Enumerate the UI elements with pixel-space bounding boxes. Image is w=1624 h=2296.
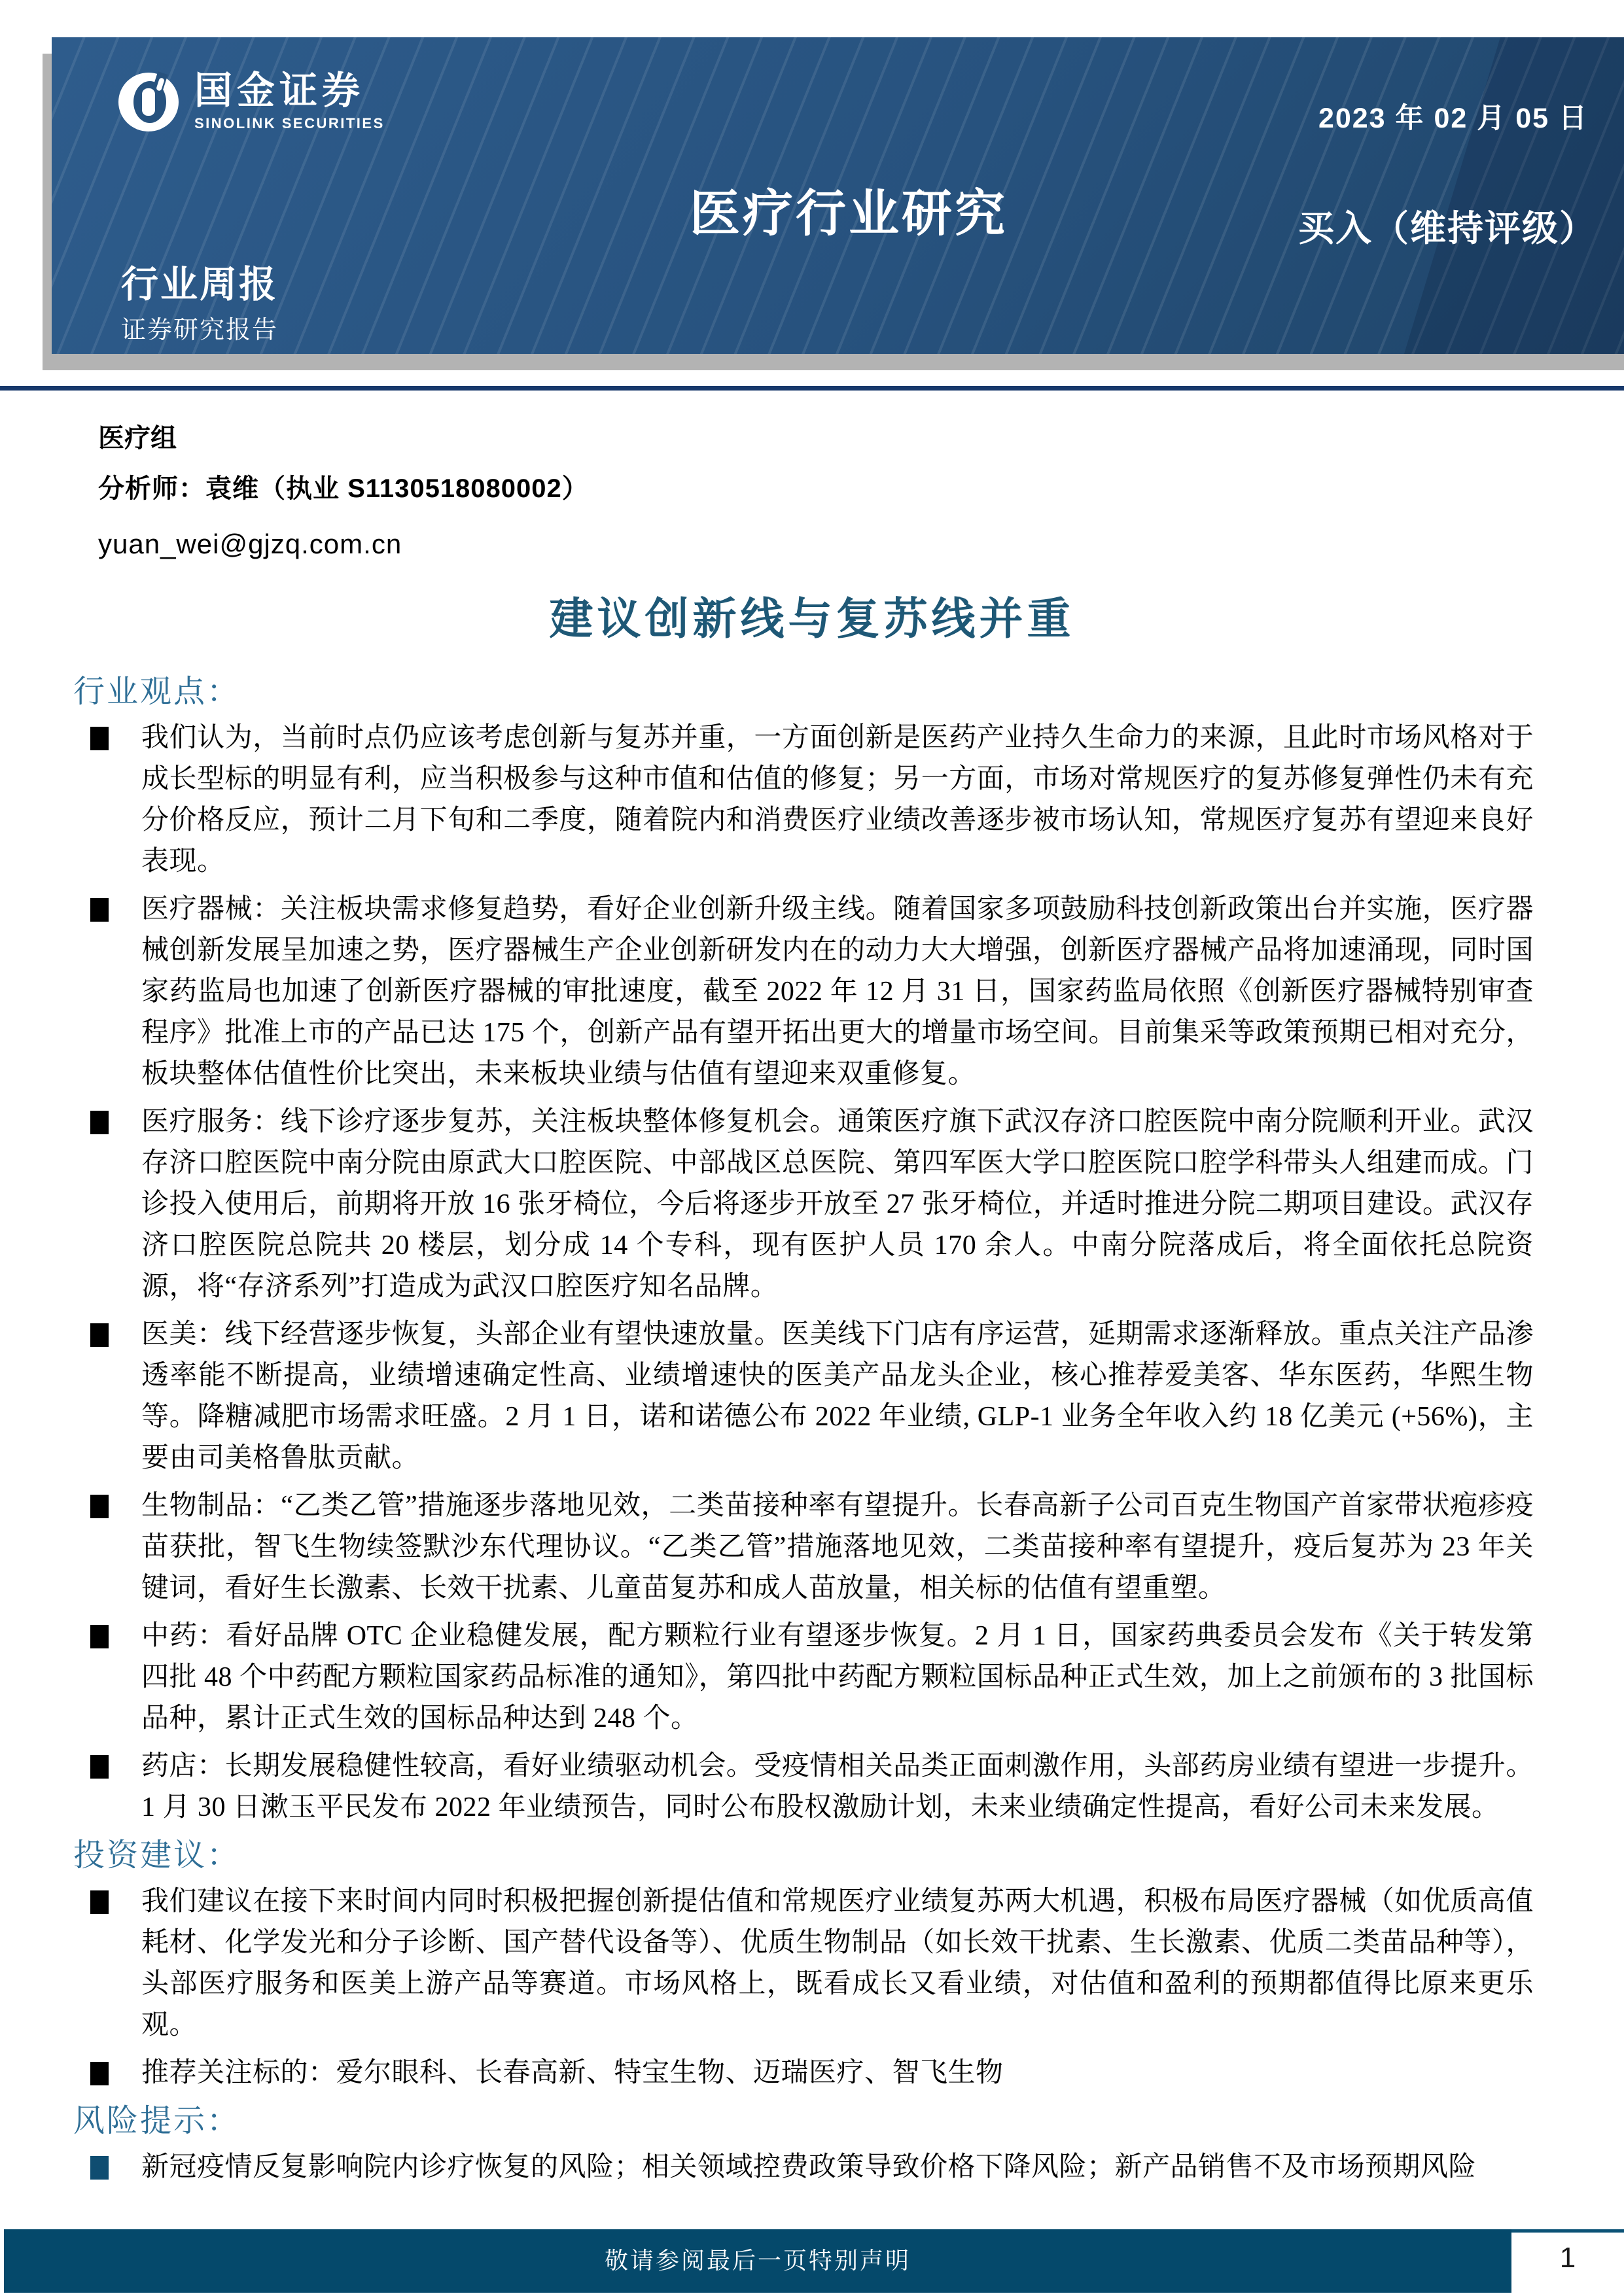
bullet-square-icon xyxy=(90,1111,109,1134)
list-item: 医疗服务：线下诊疗逐步复苏，关注板块整体修复机会。通策医疗旗下武汉存济口腔医院中… xyxy=(73,1102,1539,1308)
list-item-text: 医美：线下经营逐步恢复，头部企业有望快速放量。医美线下门店有序运营，延期需求逐渐… xyxy=(141,1314,1534,1479)
list-item: 中药：看好品牌 OTC 企业稳健发展，配方颗粒行业有望逐步恢复。2 月 1 日，… xyxy=(73,1616,1539,1739)
bullet-square-icon xyxy=(90,1755,109,1779)
list-item: 推荐关注标的：爱尔眼科、长春高新、特宝生物、迈瑞医疗、智飞生物 xyxy=(73,2053,1539,2094)
list-item: 药店：长期发展稳健性较高，看好业绩驱动机会。受疫情相关品类正面刺激作用，头部药房… xyxy=(73,1746,1539,1828)
header-background-facet xyxy=(1349,37,1624,354)
page-title: 建议创新线与复苏线并重 xyxy=(0,584,1624,647)
header-divider-rule xyxy=(0,386,1624,391)
report-category: 证券研究报告 xyxy=(121,309,278,345)
list-item-text: 新冠疫情反复影响院内诊疗恢复的风险；相关领域控费政策导致价格下降风险；新产品销售… xyxy=(141,2147,1534,2188)
brand-text: 国金证券 SINOLINK SECURITIES xyxy=(194,71,385,132)
list-item: 医美：线下经营逐步恢复，头部企业有望快速放量。医美线下门店有序运营，延期需求逐渐… xyxy=(73,1314,1539,1479)
page-number: 1 xyxy=(1560,2242,1576,2274)
bullet-square-icon xyxy=(90,1625,109,1648)
rating-badge: 买入（维持评级） xyxy=(1298,200,1597,251)
report-body: 行业观点： 我们认为，当前时点仍应该考虑创新与复苏并重，一方面创新是医药产业持久… xyxy=(73,669,1539,2195)
bullet-square-icon xyxy=(90,1890,109,1914)
bullet-square-icon xyxy=(90,898,109,922)
list-item-text: 我们认为，当前时点仍应该考虑创新与复苏并重，一方面创新是医药产业持久生命力的来源… xyxy=(141,718,1534,882)
list-item-text: 我们建议在接下来时间内同时积极把握创新提估值和常规医疗业绩复苏两大机遇，积极布局… xyxy=(141,1881,1534,2046)
footer-disclaimer-text: 敬请参阅最后一页特别声明 xyxy=(605,2248,911,2274)
report-title: 医疗行业研究 xyxy=(690,173,1008,246)
list-item: 新冠疫情反复影响院内诊疗恢复的风险；相关领域控费政策导致价格下降风险；新产品销售… xyxy=(73,2147,1539,2188)
header-banner: 国金证券 SINOLINK SECURITIES 2023 年 02 月 05 … xyxy=(52,37,1624,354)
list-item-text: 医疗器械：关注板块需求修复趋势，看好企业创新升级主线。随着国家多项鼓励科技创新政… xyxy=(141,889,1534,1095)
list-item-text: 医疗服务：线下诊疗逐步复苏，关注板块整体修复机会。通策医疗旗下武汉存济口腔医院中… xyxy=(141,1102,1534,1308)
list-item-text: 推荐关注标的：爱尔眼科、长春高新、特宝生物、迈瑞医疗、智飞生物 xyxy=(141,2053,1534,2094)
brand-block: 国金证券 SINOLINK SECURITIES xyxy=(117,71,385,133)
list-item-text: 药店：长期发展稳健性较高，看好业绩驱动机会。受疫情相关品类正面刺激作用，头部药房… xyxy=(141,1746,1534,1828)
list-item: 我们建议在接下来时间内同时积极把握创新提估值和常规医疗业绩复苏两大机遇，积极布局… xyxy=(73,1881,1539,2046)
bullet-square-icon xyxy=(90,1495,109,1518)
bullet-square-icon xyxy=(90,2062,109,2085)
list-item: 我们认为，当前时点仍应该考虑创新与复苏并重，一方面创新是医药产业持久生命力的来源… xyxy=(73,718,1539,882)
bullet-square-icon xyxy=(90,727,109,750)
footer-page-box: 1 xyxy=(1511,2229,1624,2293)
section-heading-industry-views: 行业观点： xyxy=(73,671,1539,712)
section-heading-risk-warning: 风险提示： xyxy=(73,2100,1539,2142)
section-heading-investment-advice: 投资建议： xyxy=(73,1835,1539,1876)
sinolink-logo-icon xyxy=(117,71,180,133)
report-page: 国金证券 SINOLINK SECURITIES 2023 年 02 月 05 … xyxy=(0,0,1624,2296)
bullet-square-icon xyxy=(90,2156,109,2180)
analyst-group: 医疗组 xyxy=(98,417,589,455)
brand-name-cn: 国金证券 xyxy=(194,71,385,111)
list-item-text: 生物制品：“乙类乙管”措施逐步落地见效，二类苗接种率有望提升。长春高新子公司百克… xyxy=(141,1486,1534,1609)
analyst-name-license: 分析师：袁维（执业 S1130518080002） xyxy=(98,468,589,505)
analyst-email: yuan_wei@gjzq.com.cn xyxy=(98,529,589,560)
analyst-block: 医疗组 分析师：袁维（执业 S1130518080002） yuan_wei@g… xyxy=(98,417,589,560)
bullet-square-icon xyxy=(90,1323,109,1347)
brand-name-en: SINOLINK SECURITIES xyxy=(194,115,385,132)
report-type: 行业周报 xyxy=(121,254,278,308)
footer-disclaimer-bar: 敬请参阅最后一页特别声明 xyxy=(4,2229,1511,2293)
list-item-text: 中药：看好品牌 OTC 企业稳健发展，配方颗粒行业有望逐步恢复。2 月 1 日，… xyxy=(141,1616,1534,1739)
list-item: 生物制品：“乙类乙管”措施逐步落地见效，二类苗接种率有望提升。长春高新子公司百克… xyxy=(73,1486,1539,1609)
report-date: 2023 年 02 月 05 日 xyxy=(1318,96,1588,136)
list-item: 医疗器械：关注板块需求修复趋势，看好企业创新升级主线。随着国家多项鼓励科技创新政… xyxy=(73,889,1539,1095)
